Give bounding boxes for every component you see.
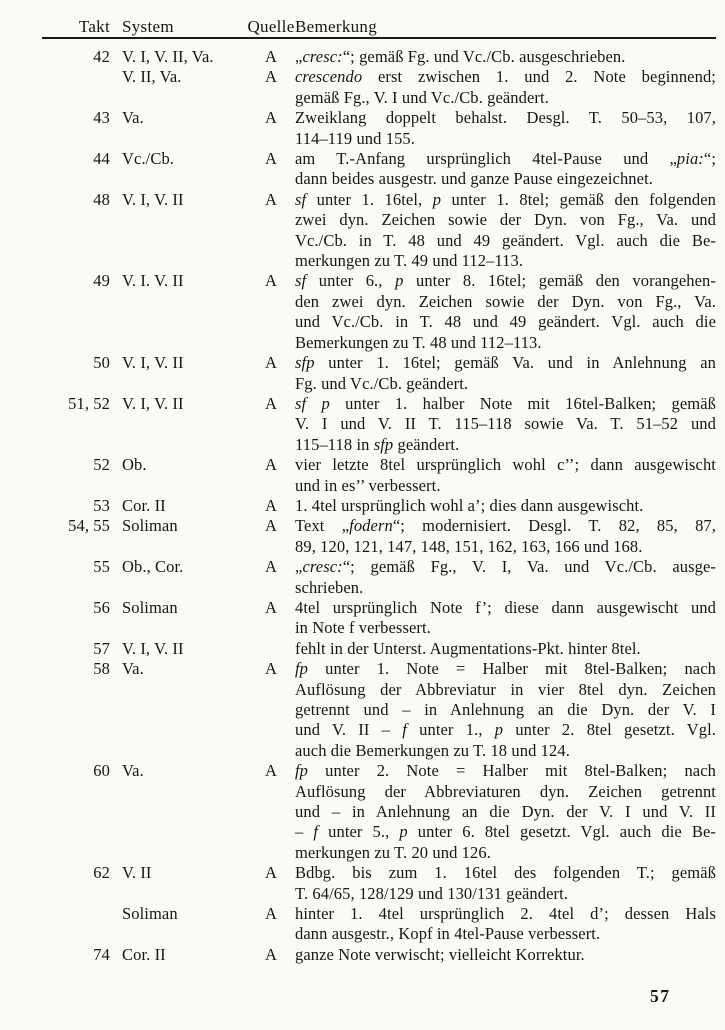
bemerkung-line: und V. II – f unter 1., p unter 2. 8tel … xyxy=(295,720,716,740)
system-cell: V. II, Va. xyxy=(112,67,247,108)
bemerkung-line: sfp unter 1. 16tel; gemäß Va. und in Anl… xyxy=(295,353,716,373)
bemerkung-cell: sf p unter 1. halber Note mit 16tel-Balk… xyxy=(295,394,725,455)
bemerkung-line: sf unter 1. 16tel, p unter 1. 8tel; gemä… xyxy=(295,190,716,210)
system-cell: Soliman xyxy=(112,904,247,945)
table-row: 58Va.Afp unter 1. Note = Halber mit 8tel… xyxy=(0,659,725,761)
bemerkung-line: Auflösung der Abbreviatur in vier 8tel d… xyxy=(295,680,716,700)
bemerkung-cell: fehlt in der Unterst. Augmentations-Pkt.… xyxy=(295,639,725,659)
bemerkung-line: Vc./Cb. in T. 48 und 49 geändert. Vgl. a… xyxy=(295,231,716,251)
bemerkung-line: fehlt in der Unterst. Augmentations-Pkt.… xyxy=(295,639,716,659)
quelle-cell: A xyxy=(247,863,295,904)
takt-cell: 57 xyxy=(60,639,112,659)
takt-cell: 52 xyxy=(60,455,112,496)
table-row: 56SolimanA4tel ursprünglich Note f’; die… xyxy=(0,598,725,639)
quelle-cell: A xyxy=(247,394,295,455)
bemerkung-line: sf unter 6., p unter 8. 16tel; gemäß den… xyxy=(295,271,716,291)
bemerkung-cell: ganze Note verwischt; vielleicht Korrekt… xyxy=(295,945,725,965)
system-cell: Cor. II xyxy=(112,496,247,516)
bemerkung-line: sf p unter 1. halber Note mit 16tel-Balk… xyxy=(295,394,716,414)
takt-cell: 55 xyxy=(60,557,112,598)
table-row: 51, 52V. I, V. IIAsf p unter 1. halber N… xyxy=(0,394,725,455)
system-cell: Soliman xyxy=(112,516,247,557)
table-row: 50V. I, V. IIAsfp unter 1. 16tel; gemäß … xyxy=(0,353,725,394)
bemerkung-line: Text „fodern“; modernisiert. Desgl. T. 8… xyxy=(295,516,716,536)
document-page: Takt System Quelle Bemerkung 42V. I, V. … xyxy=(0,0,725,1030)
bemerkung-line: „cresc:“; gemäß Fg. und Vc./Cb. ausgesch… xyxy=(295,47,716,67)
takt-cell xyxy=(60,904,112,945)
bemerkung-cell: sf unter 1. 16tel, p unter 1. 8tel; gemä… xyxy=(295,190,725,272)
quelle-cell: A xyxy=(247,945,295,965)
bemerkung-line: vier letzte 8tel ursprünglich wohl c’’; … xyxy=(295,455,716,475)
system-cell: Va. xyxy=(112,108,247,149)
bemerkung-line: ganze Note verwischt; vielleicht Korrekt… xyxy=(295,945,716,965)
takt-cell: 60 xyxy=(60,761,112,863)
system-cell: V. I, V. II xyxy=(112,394,247,455)
table-row: 60Va.Afp unter 2. Note = Halber mit 8tel… xyxy=(0,761,725,863)
table-row: 49V. I. V. IIAsf unter 6., p unter 8. 16… xyxy=(0,271,725,353)
bemerkung-cell: vier letzte 8tel ursprünglich wohl c’’; … xyxy=(295,455,725,496)
bemerkung-cell: crescendo erst zwischen 1. und 2. Note b… xyxy=(295,67,725,108)
page-number: 57 xyxy=(650,986,671,1007)
system-cell: Va. xyxy=(112,659,247,761)
bemerkung-line: den zwei dyn. Zeichen sowie der Dyn. von… xyxy=(295,292,716,312)
table-row: 44Vc./Cb.Aam T.-Anfang ursprünglich 4tel… xyxy=(0,149,725,190)
bemerkung-line: fp unter 2. Note = Halber mit 8tel-Balke… xyxy=(295,761,716,781)
quelle-cell: A xyxy=(247,108,295,149)
system-cell: Cor. II xyxy=(112,945,247,965)
system-cell: Vc./Cb. xyxy=(112,149,247,190)
quelle-cell: A xyxy=(247,353,295,394)
table-row: 54, 55SolimanAText „fodern“; modernisier… xyxy=(0,516,725,557)
takt-cell: 43 xyxy=(60,108,112,149)
table-row: 52Ob.Avier letzte 8tel ursprünglich wohl… xyxy=(0,455,725,496)
system-cell: V. I, V. II, Va. xyxy=(112,47,247,67)
bemerkung-line: am T.-Anfang ursprünglich 4tel-Pause und… xyxy=(295,149,716,169)
table-row: 53Cor. IIA1. 4tel ursprünglich wohl a’; … xyxy=(0,496,725,516)
header-takt-label: Takt xyxy=(60,16,112,37)
bemerkung-line: merkungen zu T. 49 und 112–113. xyxy=(295,251,716,271)
system-cell: Ob., Cor. xyxy=(112,557,247,598)
quelle-cell: A xyxy=(247,557,295,598)
quelle-cell: A xyxy=(247,761,295,863)
takt-cell: 49 xyxy=(60,271,112,353)
table-row: 55Ob., Cor.A„cresc:“; gemäß Fg., V. I, V… xyxy=(0,557,725,598)
system-cell: Ob. xyxy=(112,455,247,496)
takt-cell: 51, 52 xyxy=(60,394,112,455)
bemerkung-line: merkungen zu T. 20 und 126. xyxy=(295,843,716,863)
system-cell: V. I, V. II xyxy=(112,639,247,659)
takt-cell: 44 xyxy=(60,149,112,190)
bemerkung-line: hinter 1. 4tel ursprünglich 2. 4tel d’; … xyxy=(295,904,716,924)
quelle-cell: A xyxy=(247,598,295,639)
system-cell: V. I, V. II xyxy=(112,353,247,394)
header-rule xyxy=(42,37,716,39)
takt-cell: 56 xyxy=(60,598,112,639)
bemerkung-line: fp unter 1. Note = Halber mit 8tel-Balke… xyxy=(295,659,716,679)
quelle-cell: A xyxy=(247,455,295,496)
bemerkung-line: – f unter 5., p unter 6. 8tel gesetzt. V… xyxy=(295,822,716,842)
bemerkung-cell: am T.-Anfang ursprünglich 4tel-Pause und… xyxy=(295,149,725,190)
bemerkung-line: getrennt und – in Anlehnung an die Dyn. … xyxy=(295,700,716,720)
bemerkung-line: und – in Anlehnung an die Dyn. der V. I … xyxy=(295,802,716,822)
takt-cell xyxy=(60,67,112,108)
table-row: 74Cor. IIAganze Note verwischt; vielleic… xyxy=(0,945,725,965)
bemerkung-line: 1. 4tel ursprünglich wohl a’; dies dann … xyxy=(295,496,716,516)
bemerkung-line: „cresc:“; gemäß Fg., V. I, Va. und Vc./C… xyxy=(295,557,716,577)
quelle-cell xyxy=(247,639,295,659)
takt-cell: 50 xyxy=(60,353,112,394)
table-row: V. II, Va.Acrescendo erst zwischen 1. un… xyxy=(0,67,725,108)
bemerkung-cell: Bdbg. bis zum 1. 16tel des folgenden T.;… xyxy=(295,863,725,904)
takt-cell: 74 xyxy=(60,945,112,965)
bemerkung-cell: sf unter 6., p unter 8. 16tel; gemäß den… xyxy=(295,271,725,353)
bemerkung-line: auch die Bemerkungen zu T. 18 und 124. xyxy=(295,741,716,761)
system-cell: V. I, V. II xyxy=(112,190,247,272)
bemerkung-line: gemäß Fg., V. I und Vc./Cb. geändert. xyxy=(295,88,716,108)
takt-cell: 42 xyxy=(60,47,112,67)
table-row: 57V. I, V. IIfehlt in der Unterst. Augme… xyxy=(0,639,725,659)
system-cell: Va. xyxy=(112,761,247,863)
bemerkung-line: Bdbg. bis zum 1. 16tel des folgenden T.;… xyxy=(295,863,716,883)
bemerkung-line: zwei dyn. Zeichen sowie der Dyn. von Fg.… xyxy=(295,210,716,230)
bemerkung-cell: „cresc:“; gemäß Fg. und Vc./Cb. ausgesch… xyxy=(295,47,725,67)
bemerkung-cell: fp unter 2. Note = Halber mit 8tel-Balke… xyxy=(295,761,725,863)
table-row: 42V. I, V. II, Va.A„cresc:“; gemäß Fg. u… xyxy=(0,47,725,67)
bemerkung-line: und in es’’ verbessert. xyxy=(295,476,716,496)
table-row: SolimanAhinter 1. 4tel ursprünglich 2. 4… xyxy=(0,904,725,945)
bemerkung-cell: „cresc:“; gemäß Fg., V. I, Va. und Vc./C… xyxy=(295,557,725,598)
bemerkung-line: Auflösung der Abbreviaturen dyn. Zeichen… xyxy=(295,782,716,802)
bemerkung-line: Fg. und Vc./Cb. geändert. xyxy=(295,374,716,394)
header-bemerkung-label: Bemerkung xyxy=(295,16,725,37)
bemerkung-line: T. 64/65, 128/129 und 130/131 geändert. xyxy=(295,884,716,904)
bemerkung-cell: 4tel ursprünglich Note f’; diese dann au… xyxy=(295,598,725,639)
quelle-cell: A xyxy=(247,516,295,557)
bemerkung-line: Bemerkungen zu T. 48 und 112–113. xyxy=(295,333,716,353)
bemerkung-cell: fp unter 1. Note = Halber mit 8tel-Balke… xyxy=(295,659,725,761)
takt-cell: 53 xyxy=(60,496,112,516)
bemerkung-cell: hinter 1. 4tel ursprünglich 2. 4tel d’; … xyxy=(295,904,725,945)
quelle-cell: A xyxy=(247,904,295,945)
header-system-label: System xyxy=(112,16,247,37)
bemerkung-cell: Text „fodern“; modernisiert. Desgl. T. 8… xyxy=(295,516,725,557)
quelle-cell: A xyxy=(247,271,295,353)
bemerkung-line: 89, 120, 121, 147, 148, 151, 162, 163, 1… xyxy=(295,537,716,557)
bemerkung-line: Zweiklang doppelt behalst. Desgl. T. 50–… xyxy=(295,108,716,128)
table-row: 48V. I, V. IIAsf unter 1. 16tel, p unter… xyxy=(0,190,725,272)
table-body: 42V. I, V. II, Va.A„cresc:“; gemäß Fg. u… xyxy=(0,47,725,965)
system-cell: Soliman xyxy=(112,598,247,639)
bemerkung-line: dann ausgestr., Kopf in 4tel-Pause verbe… xyxy=(295,924,716,944)
bemerkung-line: 115–118 in sfp geändert. xyxy=(295,435,716,455)
quelle-cell: A xyxy=(247,47,295,67)
bemerkung-line: und Vc./Cb. in T. 48 und 49 geändert. Vg… xyxy=(295,312,716,332)
bemerkung-line: 114–119 und 155. xyxy=(295,129,716,149)
takt-cell: 62 xyxy=(60,863,112,904)
quelle-cell: A xyxy=(247,149,295,190)
table-row: 43Va.AZweiklang doppelt behalst. Desgl. … xyxy=(0,108,725,149)
table-header: Takt System Quelle Bemerkung xyxy=(0,16,725,37)
takt-cell: 54, 55 xyxy=(60,516,112,557)
bemerkung-cell: Zweiklang doppelt behalst. Desgl. T. 50–… xyxy=(295,108,725,149)
takt-cell: 58 xyxy=(60,659,112,761)
quelle-cell: A xyxy=(247,190,295,272)
bemerkung-line: in Note f verbessert. xyxy=(295,618,716,638)
header-quelle-label: Quelle xyxy=(247,16,295,37)
bemerkung-cell: sfp unter 1. 16tel; gemäß Va. und in Anl… xyxy=(295,353,725,394)
bemerkung-line: crescendo erst zwischen 1. und 2. Note b… xyxy=(295,67,716,87)
quelle-cell: A xyxy=(247,496,295,516)
quelle-cell: A xyxy=(247,659,295,761)
table-row: 62V. IIABdbg. bis zum 1. 16tel des folge… xyxy=(0,863,725,904)
quelle-cell: A xyxy=(247,67,295,108)
bemerkung-line: dann beides ausgestr. und ganze Pause ei… xyxy=(295,169,716,189)
bemerkung-line: schrieben. xyxy=(295,578,716,598)
system-cell: V. I. V. II xyxy=(112,271,247,353)
bemerkung-cell: 1. 4tel ursprünglich wohl a’; dies dann … xyxy=(295,496,725,516)
system-cell: V. II xyxy=(112,863,247,904)
bemerkung-line: 4tel ursprünglich Note f’; diese dann au… xyxy=(295,598,716,618)
takt-cell: 48 xyxy=(60,190,112,272)
bemerkung-line: V. I und V. II T. 115–118 sowie Va. T. 5… xyxy=(295,414,716,434)
